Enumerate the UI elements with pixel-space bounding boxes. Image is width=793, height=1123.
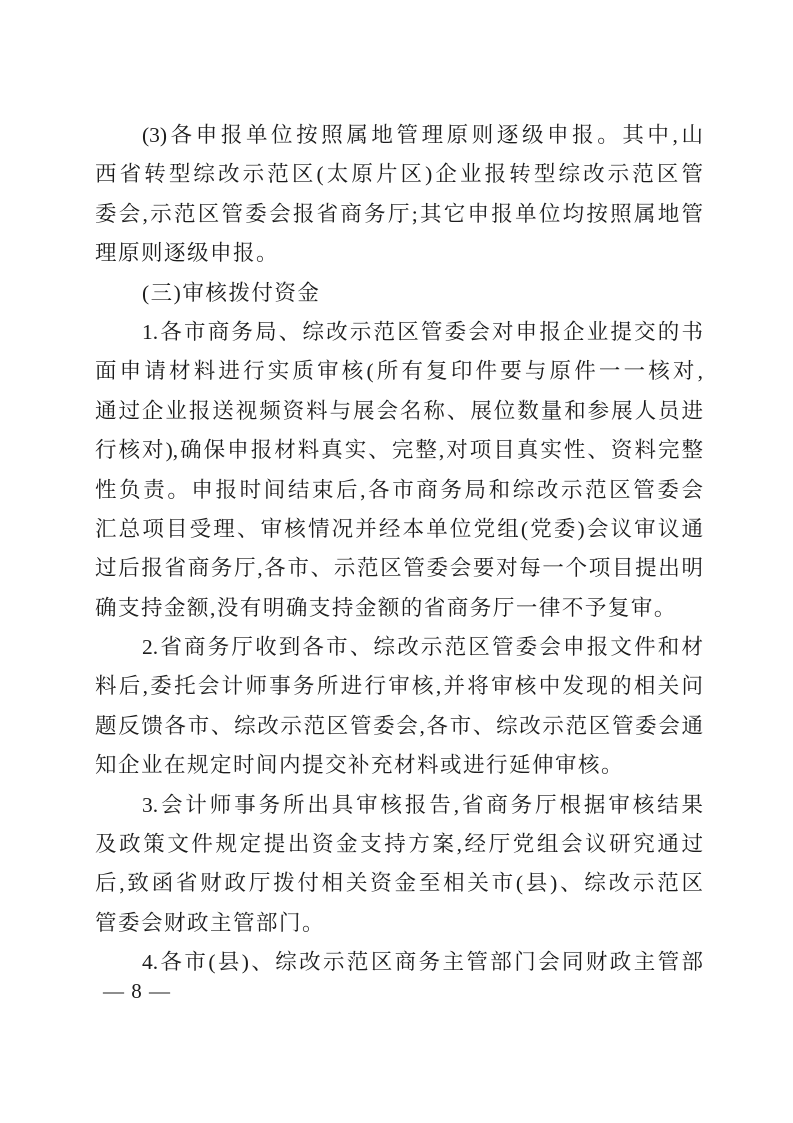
paragraph-line: 1.各市商务局、综改示范区管委会对申报企业提交的书 [95,313,703,352]
paragraph-line: 确支持金额,没有明确支持金额的省商务厅一律不予复审。 [95,589,703,628]
paragraph-line: 过后报省商务厅,各市、示范区管委会要对每一个项目提出明 [95,549,703,588]
paragraph-line: 料后,委托会计师事务所进行审核,并将审核中发现的相关问 [95,667,703,706]
paragraph-line: 知企业在规定时间内提交补充材料或进行延伸审核。 [95,746,703,785]
document-text-block: (3)各申报单位按照属地管理原则逐级申报。其中,山 西省转型综改示范区(太原片区… [95,116,703,983]
paragraph-line: 行核对),确保申报材料真实、完整,对项目真实性、资料完整 [95,431,703,470]
paragraph-line: 管委会财政主管部门。 [95,904,703,943]
page-number: — 8 — [103,979,171,1003]
paragraph-line: 面申请材料进行实质审核(所有复印件要与原件一一核对, [95,352,703,391]
paragraph-line: 2.省商务厅收到各市、综改示范区管委会申报文件和材 [95,628,703,667]
paragraph-line: 题反馈各市、综改示范区管委会,各市、综改示范区管委会通 [95,707,703,746]
paragraph-line: 3.会计师事务所出具审核报告,省商务厅根据审核结果 [95,786,703,825]
document-page: (3)各申报单位按照属地管理原则逐级申报。其中,山 西省转型综改示范区(太原片区… [0,0,793,1123]
paragraph-line: 汇总项目受理、审核情况并经本单位党组(党委)会议审议通 [95,510,703,549]
paragraph-line: 通过企业报送视频资料与展会名称、展位数量和参展人员进 [95,392,703,431]
paragraph-line: 西省转型综改示范区(太原片区)企业报转型综改示范区管 [95,155,703,194]
paragraph-line: 性负责。申报时间结束后,各市商务局和综改示范区管委会 [95,471,703,510]
paragraph-line: 委会,示范区管委会报省商务厅;其它申报单位均按照属地管 [95,195,703,234]
paragraph-line: 理原则逐级申报。 [95,234,703,273]
paragraph-line: 4.各市(县)、综改示范区商务主管部门会同财政主管部 [95,943,703,982]
paragraph-line: 后,致函省财政厅拨付相关资金至相关市(县)、综改示范区 [95,864,703,903]
paragraph-line: 及政策文件规定提出资金支持方案,经厅党组会议研究通过 [95,825,703,864]
paragraph-line: (3)各申报单位按照属地管理原则逐级申报。其中,山 [95,116,703,155]
section-heading: (三)审核拨付资金 [95,274,703,313]
